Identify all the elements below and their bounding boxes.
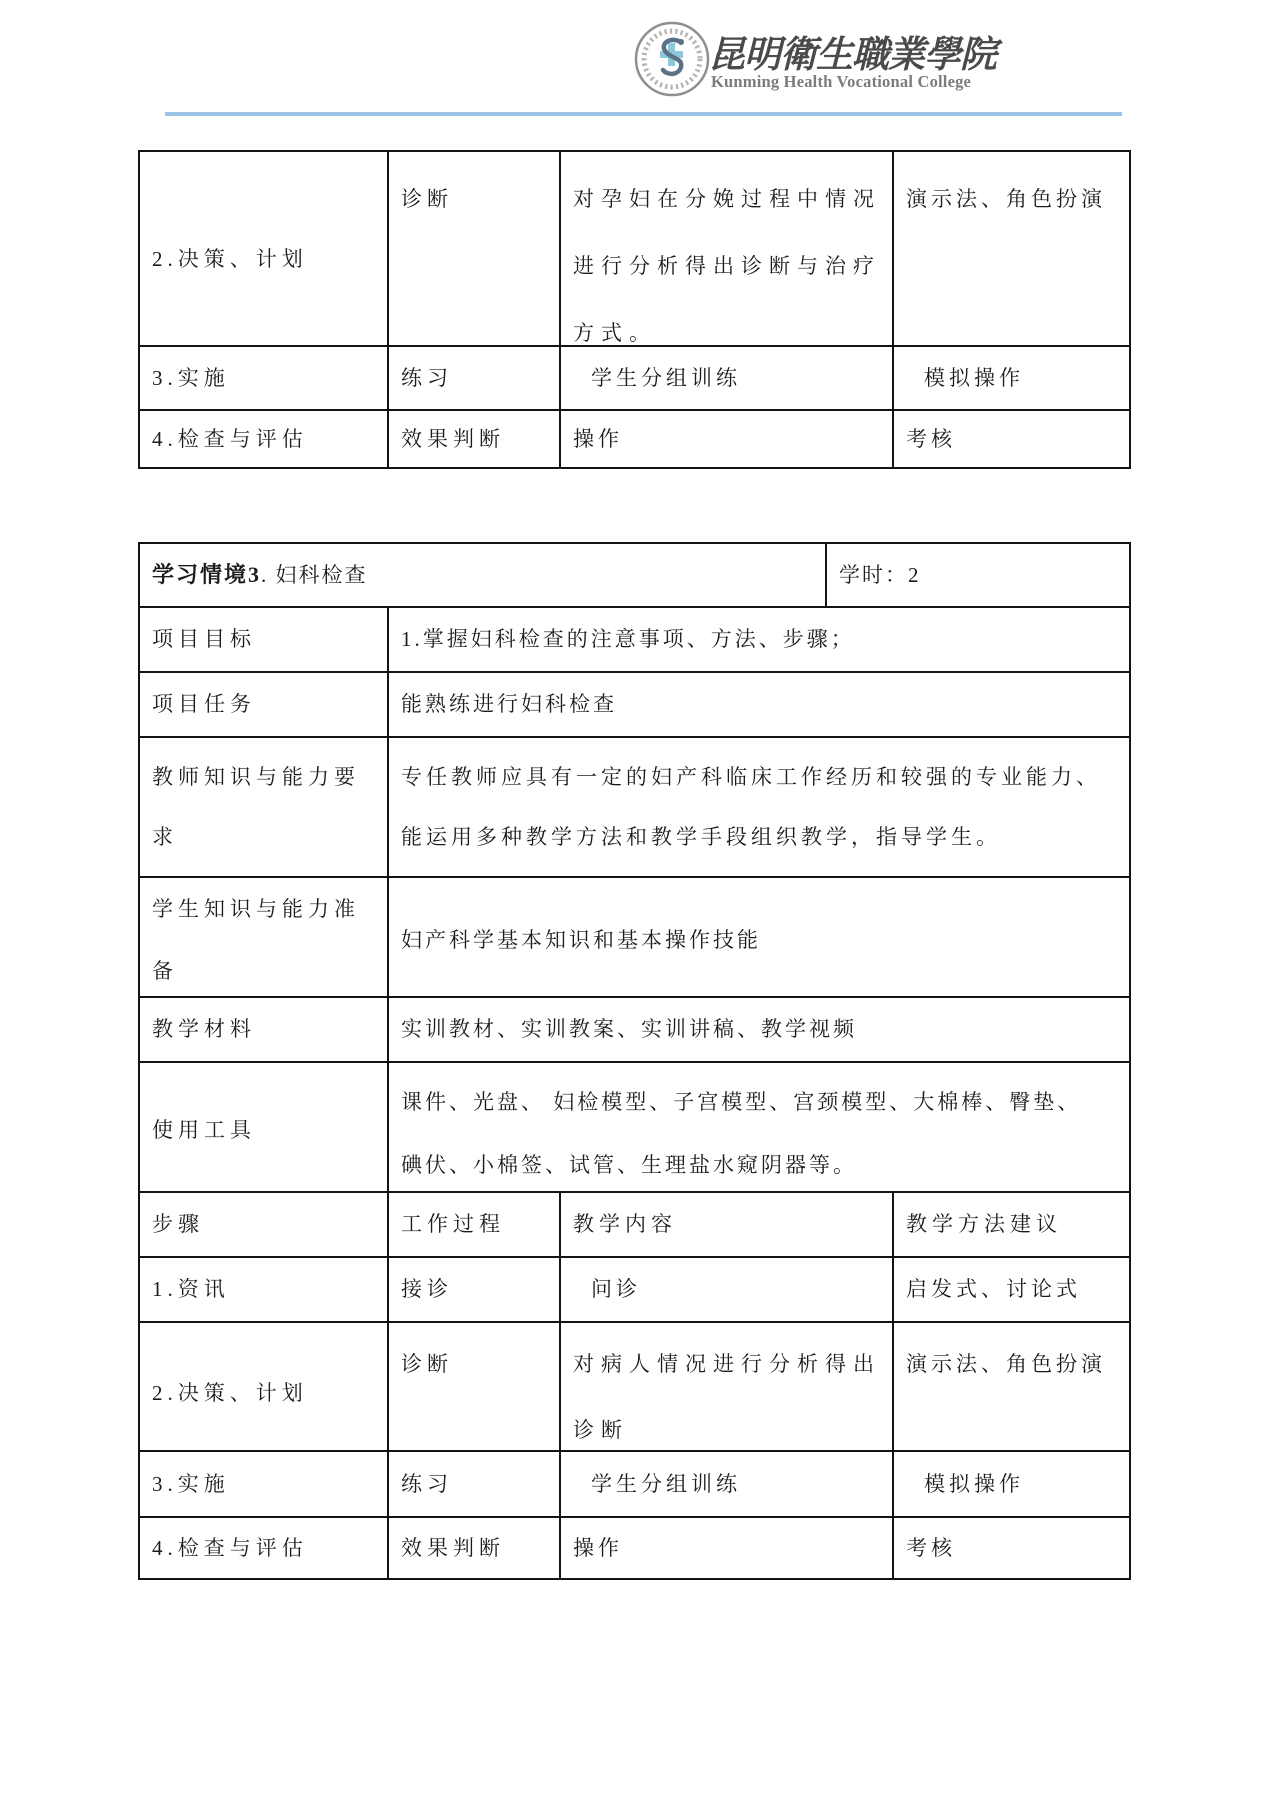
situation-title-cell: 学习情境3. 妇科检查: [140, 544, 827, 606]
teaching-steps-table-continued: 2.决策、计划 诊断 对孕妇在分娩过程中情况进行分析得出诊断与治疗方式。 演示法…: [138, 150, 1131, 469]
column-header-method: 教学方法建议: [894, 1193, 1129, 1256]
learning-situation-3-table: 学习情境3. 妇科检查 学时：2 项目目标 1.掌握妇科检查的注意事项、方法、步…: [138, 542, 1131, 1580]
info-value-cell: 实训教材、实训教案、实训讲稿、教学视频: [389, 998, 1129, 1061]
info-label-cell: 教学材料: [140, 998, 389, 1061]
step-cell: 4.检查与评估: [140, 411, 389, 467]
header-divider-line: [165, 112, 1122, 116]
column-header-process: 工作过程: [389, 1193, 561, 1256]
info-value-cell: 1.掌握妇科检查的注意事项、方法、步骤；: [389, 608, 1129, 671]
column-header-content: 教学内容: [561, 1193, 894, 1256]
table-row: 学生知识与能力准备 妇产科学基本知识和基本操作技能: [140, 878, 1129, 998]
method-cell: 模拟操作: [894, 347, 1129, 409]
info-value-cell: 能熟练进行妇科检查: [389, 673, 1129, 736]
table-row: 项目目标 1.掌握妇科检查的注意事项、方法、步骤；: [140, 608, 1129, 673]
table-row: 3.实施 练习 学生分组训练 模拟操作: [140, 347, 1129, 411]
step-cell: 3.实施: [140, 347, 389, 409]
process-cell: 诊断: [389, 1323, 561, 1463]
content-cell: 对病人情况进行分析得出诊断: [561, 1323, 894, 1463]
process-cell: 效果判断: [389, 1518, 561, 1578]
table-row: 使用工具 课件、光盘、 妇检模型、子宫模型、宫颈模型、大棉棒、臀垫、碘伏、小棉签…: [140, 1063, 1129, 1193]
info-label-cell: 项目任务: [140, 673, 389, 736]
info-value-cell: 妇产科学基本知识和基本操作技能: [389, 878, 1129, 1002]
table-row: 4.检查与评估 效果判断 操作 考核: [140, 1518, 1129, 1578]
table-row: 教学材料 实训教材、实训教案、实训讲稿、教学视频: [140, 998, 1129, 1063]
process-cell: 诊断: [389, 152, 561, 367]
step-cell: 2.决策、计划: [140, 152, 389, 367]
method-cell: 演示法、角色扮演: [894, 152, 1129, 367]
class-hours-cell: 学时：2: [827, 544, 1129, 606]
method-cell: 考核: [894, 411, 1129, 467]
info-value-cell: 专任教师应具有一定的妇产科临床工作经历和较强的专业能力、能运用多种教学方法和教学…: [389, 738, 1129, 876]
step-cell: 2.决策、计划: [140, 1323, 389, 1463]
step-cell: 3.实施: [140, 1452, 389, 1516]
content-cell: 问诊: [561, 1258, 894, 1321]
table-row: 项目任务 能熟练进行妇科检查: [140, 673, 1129, 738]
info-label-cell: 使用工具: [140, 1063, 389, 1197]
method-cell: 演示法、角色扮演: [894, 1323, 1129, 1463]
process-cell: 练习: [389, 347, 561, 409]
method-cell: 启发式、讨论式: [894, 1258, 1129, 1321]
process-cell: 效果判断: [389, 411, 561, 467]
step-cell: 1.资讯: [140, 1258, 389, 1321]
steps-header-row: 步骤 工作过程 教学内容 教学方法建议: [140, 1193, 1129, 1258]
info-label-cell: 项目目标: [140, 608, 389, 671]
process-cell: 接诊: [389, 1258, 561, 1321]
process-cell: 练习: [389, 1452, 561, 1516]
situation-title-rest: . 妇科检查: [261, 561, 368, 589]
content-cell: 操作: [561, 411, 894, 467]
info-value-cell: 课件、光盘、 妇检模型、子宫模型、宫颈模型、大棉棒、臀垫、碘伏、小棉签、试管、生…: [389, 1063, 1129, 1197]
college-name-english: Kunming Health Vocational College: [711, 72, 971, 92]
table-row: 1.资讯 接诊 问诊 启发式、讨论式: [140, 1258, 1129, 1323]
info-label-cell: 教师知识与能力要求: [140, 738, 389, 876]
table-row: 教师知识与能力要求 专任教师应具有一定的妇产科临床工作经历和较强的专业能力、能运…: [140, 738, 1129, 878]
table-row: 4.检查与评估 效果判断 操作 考核: [140, 411, 1129, 467]
column-header-step: 步骤: [140, 1193, 389, 1256]
method-cell: 考核: [894, 1518, 1129, 1578]
table-row: 3.实施 练习 学生分组训练 模拟操作: [140, 1452, 1129, 1518]
method-cell: 模拟操作: [894, 1452, 1129, 1516]
content-cell: 对孕妇在分娩过程中情况进行分析得出诊断与治疗方式。: [561, 152, 894, 367]
content-cell: 操作: [561, 1518, 894, 1578]
college-seal-logo: [633, 20, 711, 98]
table-title-row: 学习情境3. 妇科检查 学时：2: [140, 544, 1129, 608]
table-row: 2.决策、计划 诊断 对孕妇在分娩过程中情况进行分析得出诊断与治疗方式。 演示法…: [140, 152, 1129, 347]
content-cell: 学生分组训练: [561, 1452, 894, 1516]
info-label-cell: 学生知识与能力准备: [140, 878, 389, 1002]
step-cell: 4.检查与评估: [140, 1518, 389, 1578]
college-name-calligraphy: 昆明衛生職業學院: [708, 24, 978, 70]
content-cell: 学生分组训练: [561, 347, 894, 409]
table-row: 2.决策、计划 诊断 对病人情况进行分析得出诊断 演示法、角色扮演: [140, 1323, 1129, 1452]
seal-icon: [633, 20, 711, 98]
situation-title-bold: 学习情境3: [152, 560, 261, 590]
